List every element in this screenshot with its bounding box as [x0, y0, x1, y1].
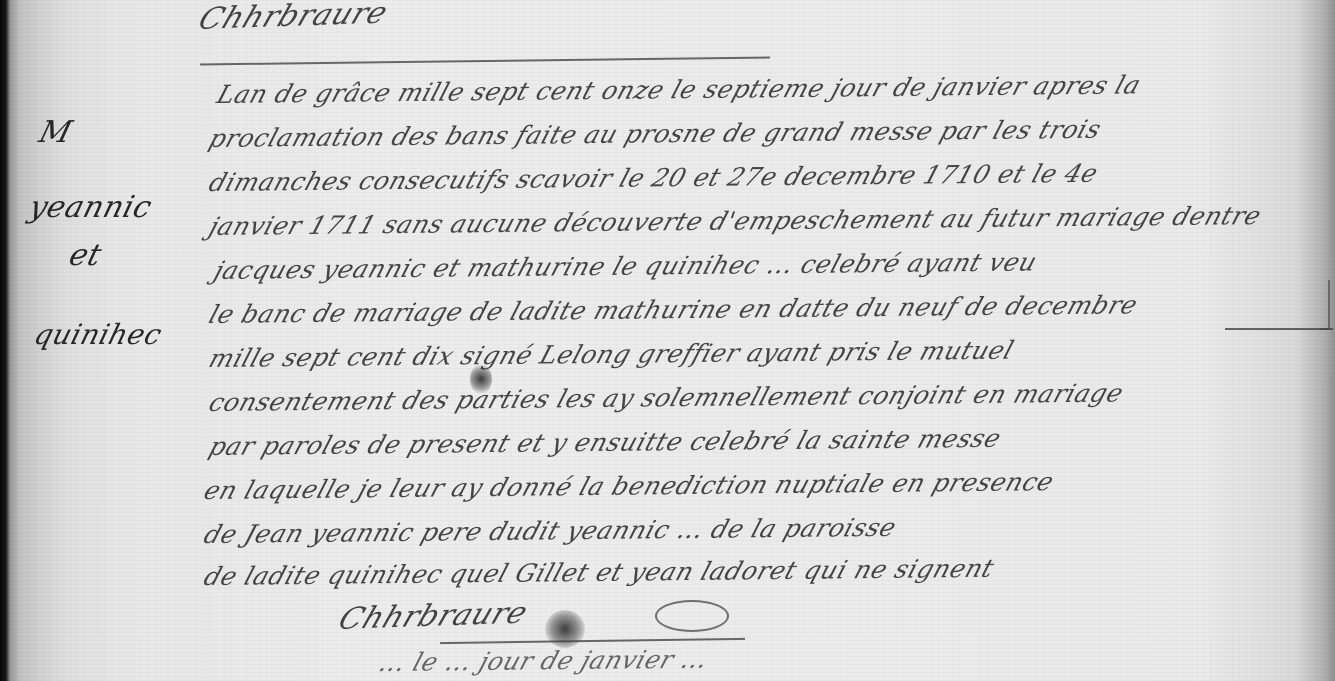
- right-margin-bracket: [1320, 280, 1330, 330]
- record-line: consentement des parties les ay solemnel…: [205, 378, 1127, 417]
- margin-conjunction: et: [65, 238, 105, 273]
- register-page: Chhrbraure M yeannic et quinihec Lan de …: [0, 0, 1335, 681]
- page-edge-shadow: [1295, 0, 1335, 681]
- signature-flourish: [655, 600, 729, 632]
- record-line: janvier 1711 sans aucune découverte d'em…: [205, 201, 1265, 241]
- margin-name-quinihec: quinihec: [31, 318, 166, 351]
- record-line: de ladite quinihec quel Gillet et yean l…: [200, 554, 997, 591]
- record-line: en laquelle je leur ay donné la benedict…: [200, 467, 1057, 505]
- right-margin-rule: [1225, 328, 1333, 330]
- margin-initial: M: [35, 115, 76, 150]
- record-line: Lan de grâce mille sept cent onze le sep…: [213, 70, 1144, 109]
- record-line: dimanches consecutifs scavoir le 20 et 2…: [205, 159, 1101, 197]
- ink-blot: [470, 364, 492, 394]
- record-line: mille sept cent dix signé Lelong greffie…: [205, 336, 1017, 373]
- record-line: proclamation des bans faite au prosne de…: [205, 115, 1104, 153]
- record-line: jacques yeannic et mathurine le quinihec…: [210, 247, 1040, 285]
- header-signature: Chhrbraure: [194, 0, 393, 37]
- footer-signature: Chhrbraure: [334, 596, 533, 637]
- next-entry-fragment: ... le ... jour de janvier ...: [375, 645, 711, 677]
- header-underline: [200, 57, 770, 66]
- margin-name-yeannic: yeannic: [25, 190, 156, 225]
- record-line: de Jean yeannic pere dudit yeannic ... d…: [200, 513, 900, 549]
- record-line: le banc de mariage de ladite mathurine e…: [205, 290, 1141, 329]
- record-line: par paroles de present et y ensuitte cel…: [205, 424, 1004, 461]
- footer-underline: [440, 638, 745, 644]
